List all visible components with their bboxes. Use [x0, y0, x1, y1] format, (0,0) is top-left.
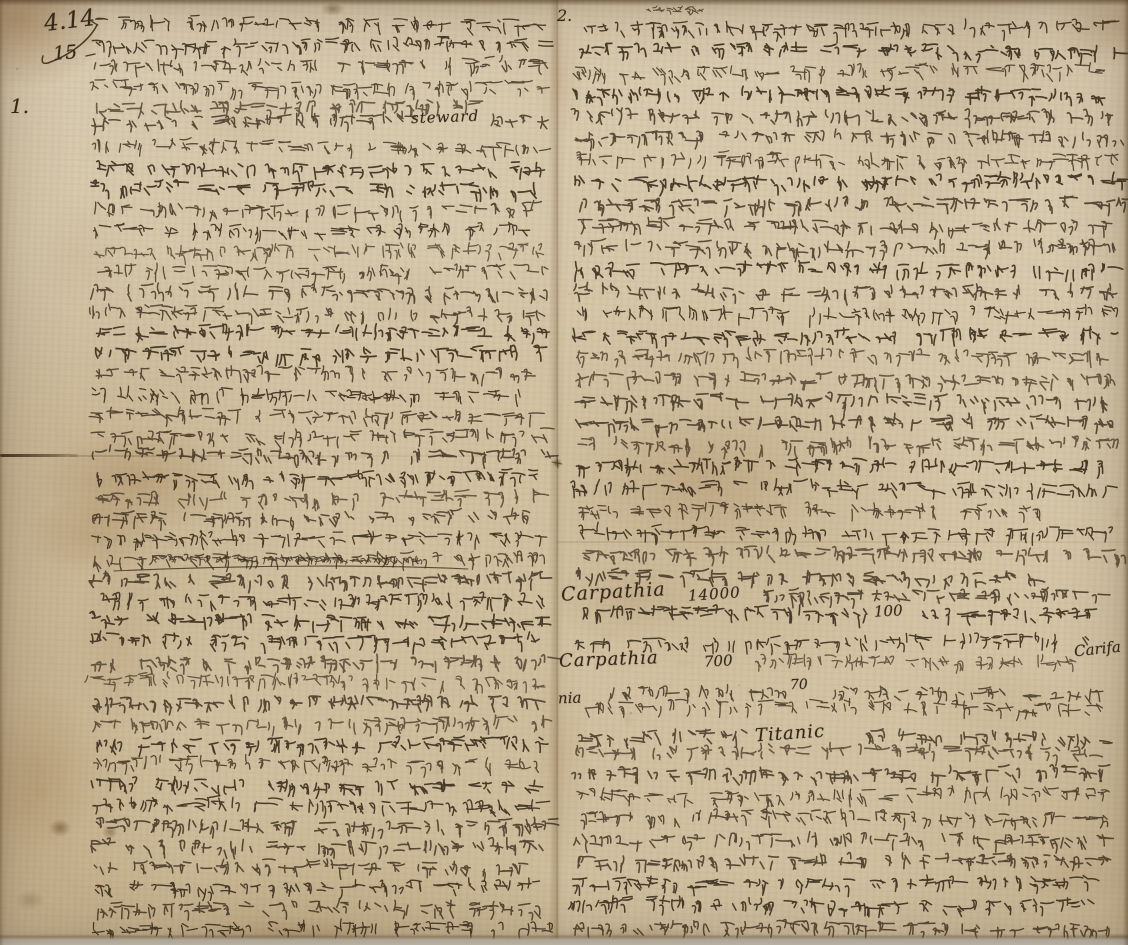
- word-nia: nia: [558, 689, 582, 708]
- diary-page-left: [0, 0, 557, 945]
- manuscript-scan: 4.14 15 1. 2. steward Carpathia 14000 10…: [0, 0, 1128, 945]
- page-seam: [549, 0, 565, 945]
- number-70: 70: [790, 677, 808, 694]
- scan-edge-top: [0, 0, 1128, 6]
- page-number-right: 2.: [557, 6, 572, 25]
- word-steward: steward: [411, 107, 480, 127]
- diary-page-right: [557, 0, 1128, 945]
- scan-edge-left: [0, 0, 4, 945]
- date-annotation-next-day: 15: [52, 41, 78, 65]
- word-carpathia-2: Carpathia: [559, 647, 659, 671]
- number-100: 100: [874, 601, 904, 620]
- scan-edge-bottom: [0, 934, 1128, 945]
- scan-edge-right: [1123, 0, 1128, 945]
- page-number-left: 1.: [10, 94, 29, 118]
- number-700: 700: [704, 651, 734, 670]
- number-14000: 14000: [687, 583, 741, 605]
